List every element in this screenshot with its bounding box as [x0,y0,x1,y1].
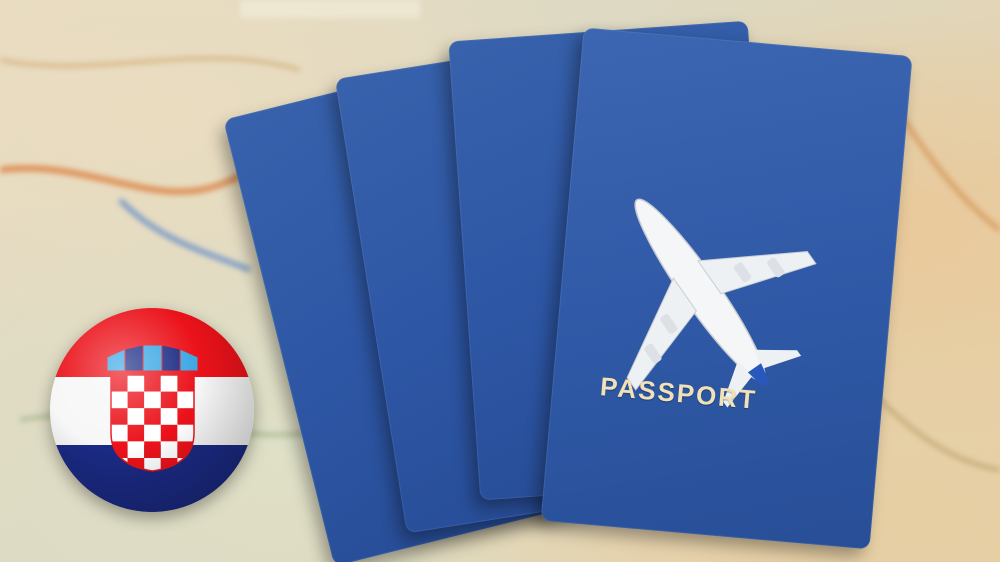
flag-ball-shading [50,308,254,512]
photo-scene: PASSPORT [0,0,1000,562]
croatia-flag-ball [50,308,254,512]
